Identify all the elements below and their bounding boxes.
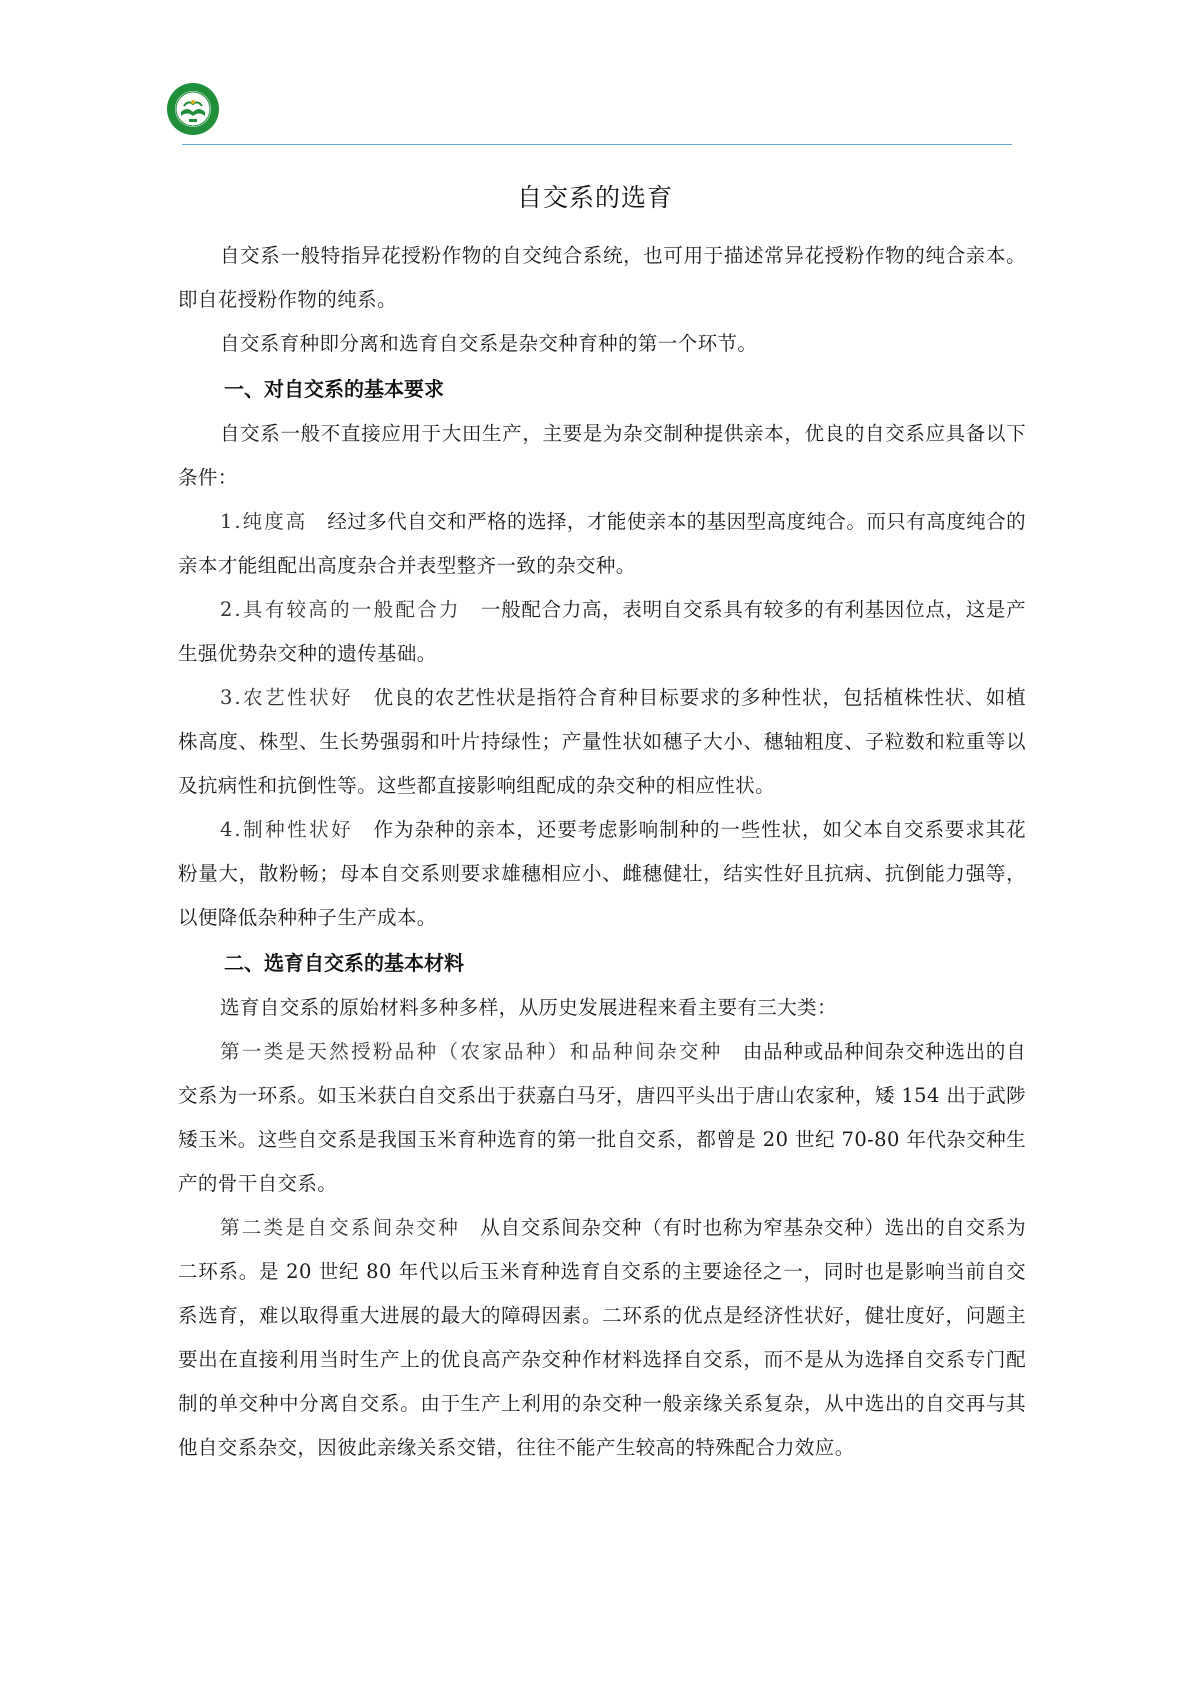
paragraph: 选育自交系的原始材料多种多样，从历史发展进程来看主要有三大类： [178,986,1026,1030]
item-text: 由品种或品种间杂交种选出的自交系为一环系。如玉米获白自交系出于获嘉白马牙，唐四平… [178,1040,1026,1195]
item-lead: 2.具有较高的一般配合力 [220,598,461,621]
document-body: 自交系一般特指异花授粉作物的自交纯合系统，也可用于描述常异花授粉作物的纯合亲本。… [178,234,1026,1470]
item-lead: 3.农艺性状好 [220,686,353,709]
item-lead: 第一类是天然授粉品种（农家品种）和品种间杂交种 [220,1040,723,1063]
list-item: 第一类是天然授粉品种（农家品种）和品种间杂交种 由品种或品种间杂交种选出的自交系… [178,1030,1026,1206]
section-heading: 一、对自交系的基本要求 [178,366,1026,412]
paragraph: 自交系育种即分离和选育自交系是杂交种育种的第一个环节。 [178,322,1026,366]
list-item: 2.具有较高的一般配合力 一般配合力高，表明自交系具有较多的有利基因位点，这是产… [178,588,1026,676]
section-heading: 二、选育自交系的基本材料 [178,940,1026,986]
item-text: 从自交系间杂交种（有时也称为窄基杂交种）选出的自交系为二环系。是 20 世纪 8… [178,1216,1026,1459]
item-lead: 4.制种性状好 [220,818,353,841]
list-item: 1.纯度高 经过多代自交和严格的选择，才能使亲本的基因型高度纯合。而只有高度纯合… [178,500,1026,588]
paragraph: 自交系一般特指异花授粉作物的自交纯合系统，也可用于描述常异花授粉作物的纯合亲本。… [178,234,1026,322]
item-lead: 第二类是自交系间杂交种 [220,1216,460,1239]
paragraph: 自交系一般不直接应用于大田生产，主要是为杂交制种提供亲本，优良的自交系应具备以下… [178,412,1026,500]
list-item: 第二类是自交系间杂交种 从自交系间杂交种（有时也称为窄基杂交种）选出的自交系为二… [178,1206,1026,1470]
list-item: 3.农艺性状好 优良的农艺性状是指符合育种目标要求的多种性状，包括植株性状、如植… [178,676,1026,808]
header-rule [182,144,1012,145]
item-lead: 1.纯度高 [220,510,307,533]
school-emblem-icon [166,82,220,136]
list-item: 4.制种性状好 作为杂种的亲本，还要考虑影响制种的一些性状，如父本自交系要求其花… [178,808,1026,940]
page-title: 自交系的选育 [0,178,1190,214]
